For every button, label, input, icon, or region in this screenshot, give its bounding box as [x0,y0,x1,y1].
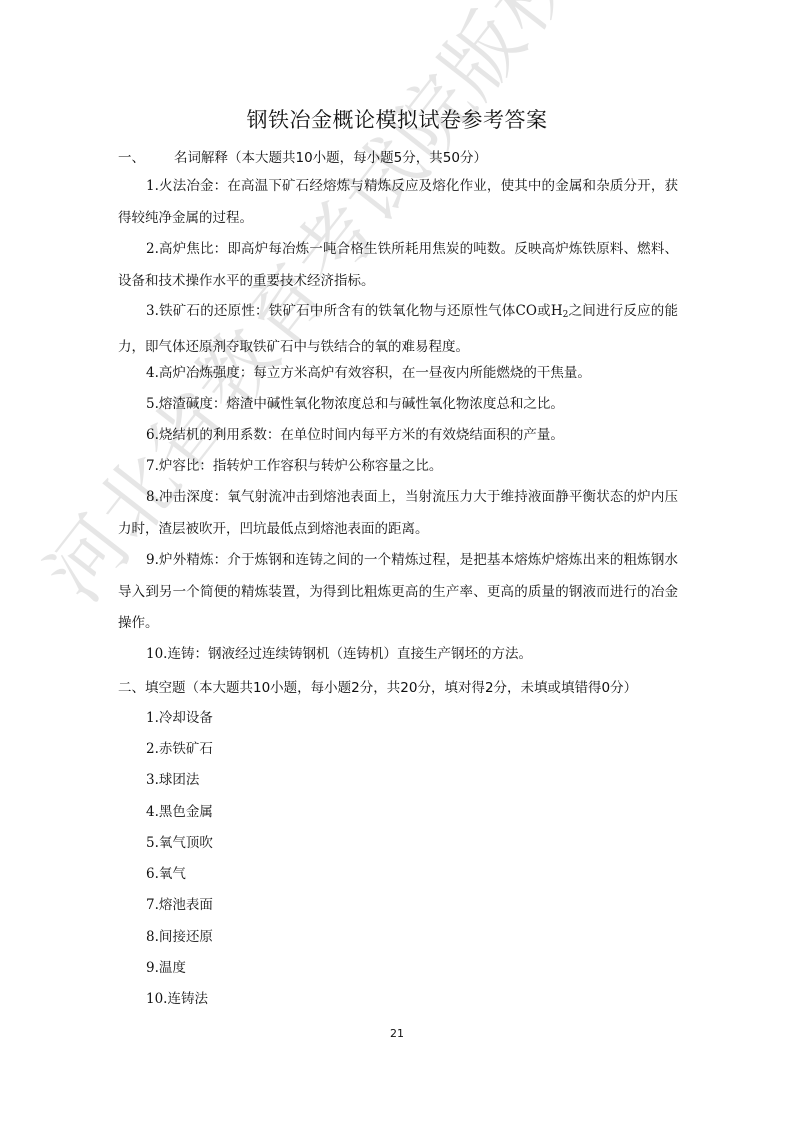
fill-answer-9: 9.温度 [146,956,186,976]
fill-answer-2: 2.赤铁矿石 [146,737,213,757]
section-1-number: 一、 [118,146,174,166]
section-2-number: 二、 [118,680,145,696]
definition-item-3: 3.铁矿石的还原性：铁矿石中所含有的铁氧化物与还原性气体CO或H2之间进行反应的… [118,296,678,363]
definition-text: 熔渣中碱性氧化物浓度总和与碱性氧化物浓度总和之比。 [226,396,564,412]
document-page: 河北省教育考试院版权所有 钢铁冶金概论模拟试卷参考答案 一、名词解释（本大题共1… [0,0,794,1123]
fill-answer-1: 1.冷却设备 [146,706,213,726]
definition-item-10: 10.连铸：钢液经过连续铸钢机（连铸机）直接生产钢坯的方法。 [118,639,678,671]
document-title: 钢铁冶金概论模拟试卷参考答案 [0,104,794,134]
definition-text-before: 铁矿石中所含有的铁氧化物与还原性气体CO或H [269,303,563,319]
definition-term: 6.烧结机的利用系数： [146,427,280,443]
definition-term: 5.熔渣碱度： [146,396,226,412]
definition-term: 3.铁矿石的还原性： [146,303,269,319]
fill-answer-7: 7.熔池表面 [146,893,213,913]
fill-answer-5: 5.氧气顶吹 [146,831,213,851]
definition-item-6: 6.烧结机的利用系数：在单位时间内每平方米的有效烧结面积的产量。 [118,420,678,452]
fill-answer-3: 3.球团法 [146,768,199,788]
definition-item-4: 4.高炉冶炼强度：每立方米高炉有效容积，在一昼夜内所能燃烧的干焦量。 [118,358,678,390]
definition-text: 每立方米高炉有效容积，在一昼夜内所能燃烧的干焦量。 [253,365,591,381]
section-2-title: 填空题（本大题共10小题，每小题2分，共20分，填对得2分，未填或填错得0分） [145,680,637,696]
definition-term: 8.冲击深度： [146,489,227,505]
definition-item-5: 5.熔渣碱度：熔渣中碱性氧化物浓度总和与碱性氧化物浓度总和之比。 [118,389,678,421]
definition-term: 10.连铸： [146,646,208,662]
definition-term: 2.高炉焦比： [146,241,227,257]
definition-text: 指转炉工作容积与转炉公称容量之比。 [213,458,443,474]
definition-term: 4.高炉冶炼强度： [146,365,253,381]
definition-item-7: 7.炉容比：指转炉工作容积与转炉公称容量之比。 [118,451,678,483]
definition-term: 9.炉外精炼： [146,552,227,568]
definition-item-9: 9.炉外精炼：介于炼钢和连铸之间的一个精炼过程，是把基本熔炼炉熔炼出来的粗炼钢水… [118,545,678,640]
definition-item-1: 1.火法冶金：在高温下矿石经熔炼与精炼反应及熔化作业，使其中的金属和杂质分开，获… [118,171,678,234]
fill-answer-4: 4.黑色金属 [146,800,213,820]
definition-item-8: 8.冲击深度：氧气射流冲击到熔池表面上，当射流压力大于维持液面静平衡状态的炉内压… [118,482,678,545]
page-number: 21 [0,1027,794,1040]
section-1-heading: 一、名词解释（本大题共10小题，每小题5分，共50分） [118,146,487,166]
definition-term: 1.火法冶金： [146,178,227,194]
section-1-title: 名词解释（本大题共10小题，每小题5分，共50分） [174,150,487,166]
definition-text: 在单位时间内每平方米的有效烧结面积的产量。 [280,427,564,443]
definition-text: 钢液经过连续铸钢机（连铸机）直接生产钢坯的方法。 [208,646,532,662]
definition-item-2: 2.高炉焦比：即高炉每冶炼一吨合格生铁所耗用焦炭的吨数。反映高炉炼铁原料、燃料、… [118,234,678,297]
fill-answer-10: 10.连铸法 [146,987,208,1007]
definition-term: 7.炉容比： [146,458,213,474]
fill-answer-8: 8.间接还原 [146,925,213,945]
section-2-heading: 二、填空题（本大题共10小题，每小题2分，共20分，填对得2分，未填或填错得0分… [118,676,637,696]
fill-answer-6: 6.氧气 [146,862,186,882]
